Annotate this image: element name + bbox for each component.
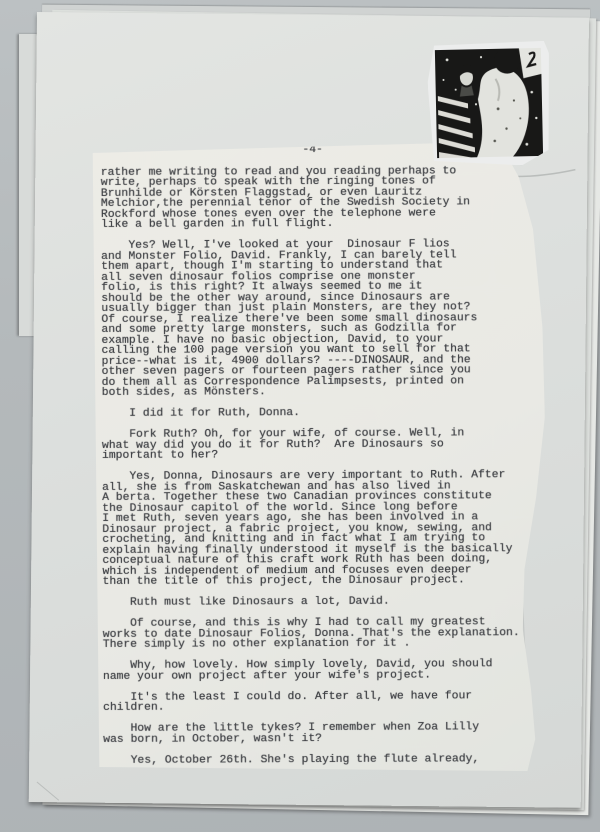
paragraph: Of course, and this is why I had to call… [103, 617, 527, 650]
paragraph: Yes? Well, I've looked at your Dinosaur … [101, 239, 526, 398]
paragraph: I did it for Ruth, Donna. [102, 407, 526, 419]
paragraph: rather me writing to read and you readin… [101, 166, 525, 231]
paragraph: Ruth must like Dinosaurs a lot, David. [103, 596, 527, 608]
paragraph: It's the least I could do. After all, we… [103, 691, 527, 714]
paragraph: Yes, Donna, Dinosaurs are very important… [102, 470, 526, 587]
paragraph: Fork Ruth? Oh, for your wife, of course.… [102, 428, 526, 461]
halftone-press-photo-icon [435, 48, 543, 158]
paragraph: How are the little tykes? I remember whe… [103, 722, 527, 745]
paragraph: Why, how lovely. How simply lovely, Davi… [103, 659, 527, 682]
glued-photo-backing [427, 41, 552, 168]
paragraph: Yes, October 26th. She's playing the flu… [103, 754, 527, 766]
photographed-document-scene: -4- rather me writing to read and you re… [0, 0, 600, 832]
letter-body: -4- rather me writing to read and you re… [101, 144, 528, 776]
typed-cutout-sheet: -4- rather me writing to read and you re… [85, 137, 558, 784]
